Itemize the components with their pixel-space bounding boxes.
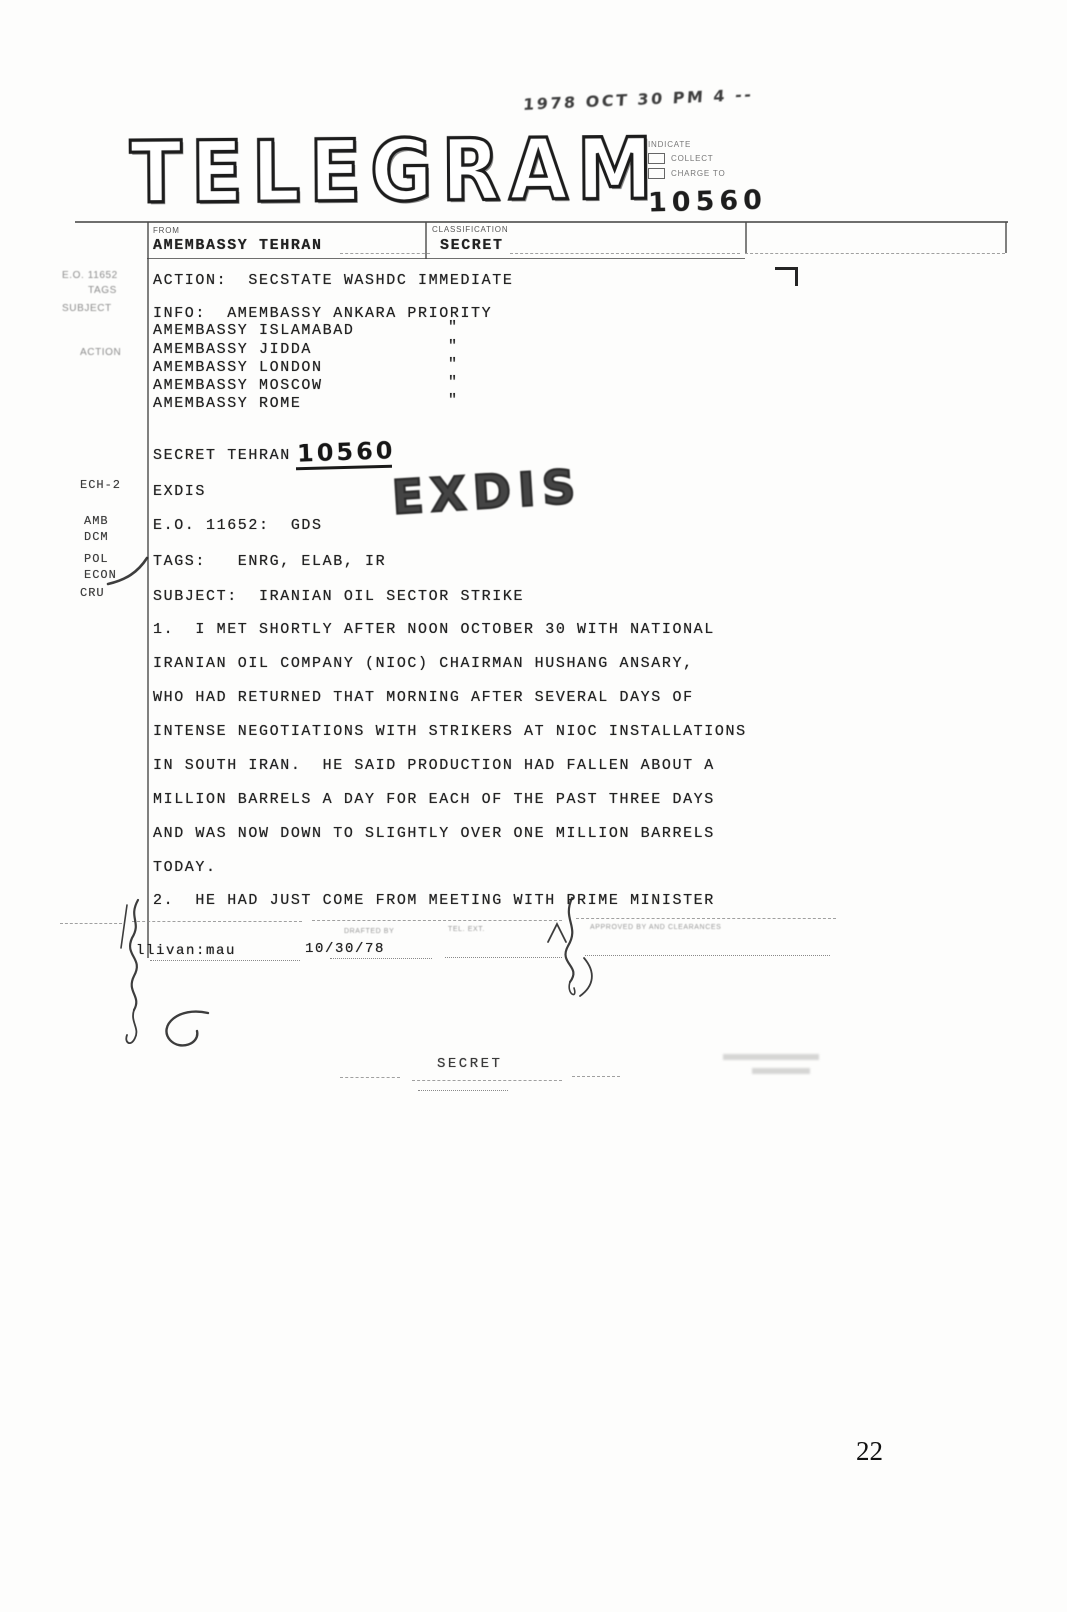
ref-number-handstamp: 10560 [297, 436, 396, 467]
tel-ext-label: TEL. EXT. [448, 926, 485, 933]
telegram-logo: TELEGRAM [130, 119, 662, 223]
message-number-stamp: 10560 [648, 184, 768, 218]
collect-label: COLLECT [671, 154, 714, 163]
margin-note-action: ACTION [80, 347, 121, 358]
body-line-3: WHO HAD RETURNED THAT MORNING AFTER SEVE… [153, 689, 694, 706]
distribution-dcm: DCM [84, 530, 109, 544]
draft-rule-c [312, 920, 562, 921]
footer-faint-mark-2 [752, 1068, 810, 1074]
footer-dash-c [572, 1076, 620, 1077]
classification-leader-dashes [510, 253, 740, 254]
distribution-pol: POL [84, 552, 109, 566]
margin-note-subject: SUBJECT [62, 303, 112, 314]
body-line-6: MILLION BARRELS A DAY FOR EACH OF THE PA… [153, 791, 715, 808]
exdis-stamp: EXDIS [391, 459, 584, 525]
classification-value: SECRET [440, 237, 504, 254]
drafting-date: 10/30/78 [305, 941, 385, 957]
telegram-document-page: 1978 OCT 30 PM 4 -- TELEGRAM INDICATE CO… [0, 0, 1067, 1612]
charge-to-checkbox-icon [648, 168, 665, 179]
footer-dash-b [412, 1080, 562, 1081]
addressee-islamabad: AMEMBASSY ISLAMABAD [153, 322, 354, 339]
footer-faint-mark-1 [723, 1054, 819, 1060]
distribution-ech2: ECH-2 [80, 478, 121, 492]
form-top-rule [75, 221, 1008, 223]
tags-line: TAGS: ENRG, ELAB, IR [153, 553, 386, 570]
footer-dash-d [418, 1090, 508, 1091]
drafted-by-value: llivan:mau [136, 943, 236, 959]
indicate-block: INDICATE COLLECT CHARGE TO [648, 140, 725, 179]
drafted-by-label: DRAFTED BY [344, 928, 394, 935]
addressee-islamabad-mark: " [448, 319, 459, 336]
draft-dots-c [445, 957, 562, 958]
from-value: AMEMBASSY TEHRAN [153, 237, 323, 254]
form-left-rule [147, 222, 149, 958]
info-line: INFO: AMEMBASSY ANKARA PRIORITY [153, 305, 492, 322]
form-far-right-rule [1005, 222, 1007, 253]
charge-to-label: CHARGE TO [671, 169, 725, 178]
footer-classification: SECRET [437, 1056, 502, 1072]
classification-label: CLASSIFICATION [432, 225, 508, 234]
eo-line: E.O. 11652: GDS [153, 517, 323, 534]
form-bottom-rule [147, 258, 745, 259]
margin-note-eo: E.O. 11652 [62, 270, 118, 281]
body-line-8: TODAY. [153, 859, 217, 876]
draft-rule-d [576, 918, 836, 919]
body-line-5: IN SOUTH IRAN. HE SAID PRODUCTION HAD FA… [153, 757, 715, 774]
received-date-stamp: 1978 OCT 30 PM 4 -- [523, 85, 754, 114]
addressee-jidda: AMEMBASSY JIDDA [153, 341, 312, 358]
addressee-rome-mark: " [448, 392, 459, 409]
collect-checkbox-icon [648, 153, 665, 164]
addressee-london: AMEMBASSY LONDON [153, 359, 323, 376]
body-line-4: INTENSE NEGOTIATIONS WITH STRIKERS AT NI… [153, 723, 747, 740]
addressee-rome: AMEMBASSY ROME [153, 395, 301, 412]
body-line-1: 1. I MET SHORTLY AFTER NOON OCTOBER 30 W… [153, 621, 715, 638]
ref-prefix: SECRET TEHRAN [153, 447, 291, 464]
draft-rule-b [132, 921, 302, 922]
body-line-2: IRANIAN OIL COMPANY (NIOC) CHAIRMAN HUSH… [153, 655, 694, 672]
distribution-cru: CRU [80, 586, 105, 600]
addressee-london-mark: " [448, 356, 459, 373]
addressee-moscow-mark: " [448, 374, 459, 391]
action-line: ACTION: SECSTATE WASHDC IMMEDIATE [153, 272, 513, 289]
from-leader-dashes [340, 253, 430, 254]
corner-bracket-mark [775, 267, 798, 286]
distribution-econ: ECON [84, 568, 117, 582]
form-bottom-dash [745, 253, 1005, 254]
addressee-jidda-mark: " [448, 338, 459, 355]
exdis-caption: EXDIS [153, 483, 206, 500]
draft-dots-d [585, 955, 830, 956]
approved-by-label: APPROVED BY AND CLEARANCES [590, 924, 721, 931]
draft-rule-a [60, 923, 122, 924]
indicate-label: INDICATE [648, 140, 725, 149]
draft-dots-a [150, 960, 300, 961]
page-number: 22 [856, 1436, 883, 1467]
body-para2-line: 2. HE HAD JUST COME FROM MEETING WITH PR… [153, 892, 715, 909]
subject-line: SUBJECT: IRANIAN OIL SECTOR STRIKE [153, 588, 524, 605]
footer-dash-a [340, 1077, 400, 1078]
draft-dots-b [330, 958, 432, 959]
from-label: FROM [153, 226, 180, 235]
body-line-7: AND WAS NOW DOWN TO SLIGHTLY OVER ONE MI… [153, 825, 715, 842]
form-right-rule [745, 222, 747, 253]
margin-note-tags: TAGS [88, 285, 117, 296]
addressee-moscow: AMEMBASSY MOSCOW [153, 377, 323, 394]
distribution-amb: AMB [84, 514, 109, 528]
